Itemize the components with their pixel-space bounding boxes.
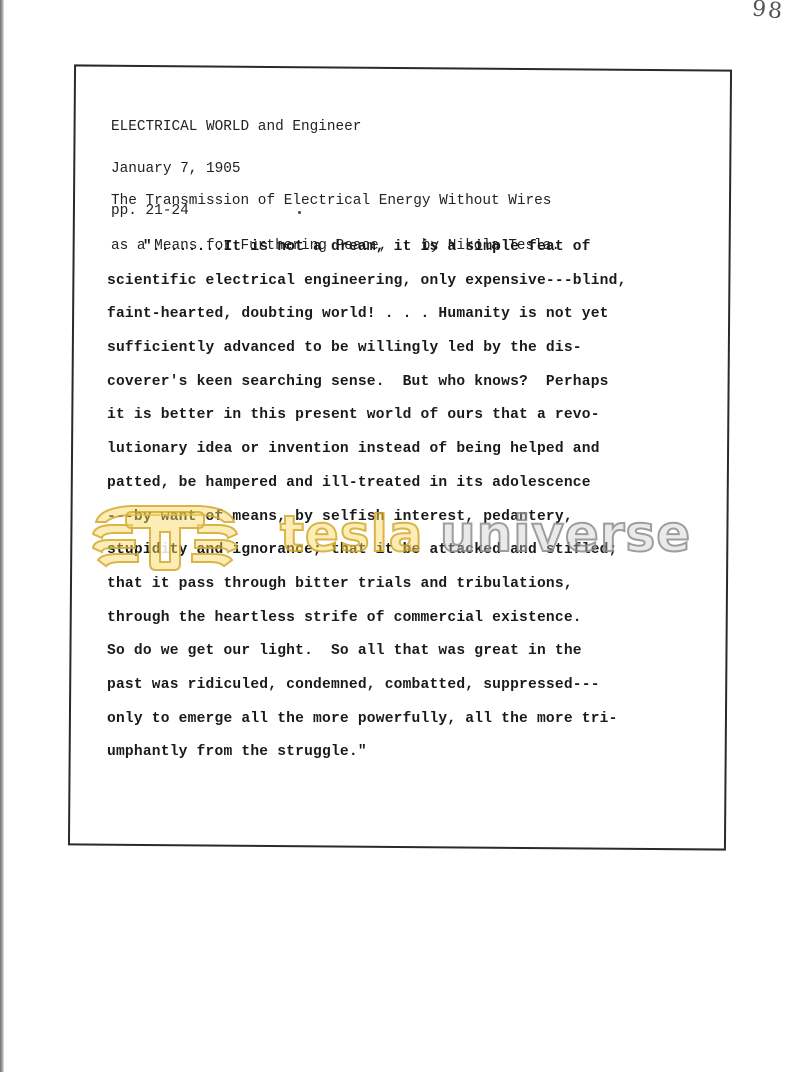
body-line: through the heartless strife of commerci… [107, 602, 707, 636]
body-line: only to emerge all the more powerfully, … [107, 703, 707, 737]
handwritten-page-number: 98 [751, 0, 785, 25]
body-line: ---by want of means, by selfish interest… [107, 501, 707, 535]
publication-name: ELECTRICAL WORLD and Engineer [111, 120, 361, 134]
body-line: lutionary idea or invention instead of b… [107, 433, 707, 467]
body-line: patted, be hampered and ill-treated in i… [107, 467, 707, 501]
body-line: umphantly from the struggle." [107, 736, 707, 770]
body-line: faint-hearted, doubting world! . . . Hum… [107, 298, 707, 332]
body-line: "........It is not a dream, it is a simp… [107, 231, 707, 265]
scan-edge [0, 0, 4, 1072]
body-line: it is better in this present world of ou… [107, 399, 707, 433]
title-line: The Transmission of Electrical Energy Wi… [111, 194, 560, 209]
body-line: coverer's keen searching sense. But who … [107, 366, 707, 400]
quotation-body: "........It is not a dream, it is a simp… [107, 231, 707, 770]
stray-mark [298, 211, 301, 214]
body-line: So do we get our light. So all that was … [107, 635, 707, 669]
body-line: stupidity and ignorance; that it be atta… [107, 534, 707, 568]
body-line: that it pass through bitter trials and t… [107, 568, 707, 602]
body-line: scientific electrical engineering, only … [107, 265, 707, 299]
body-line: past was ridiculed, condemned, combatted… [107, 669, 707, 703]
body-line: sufficiently advanced to be willingly le… [107, 332, 707, 366]
